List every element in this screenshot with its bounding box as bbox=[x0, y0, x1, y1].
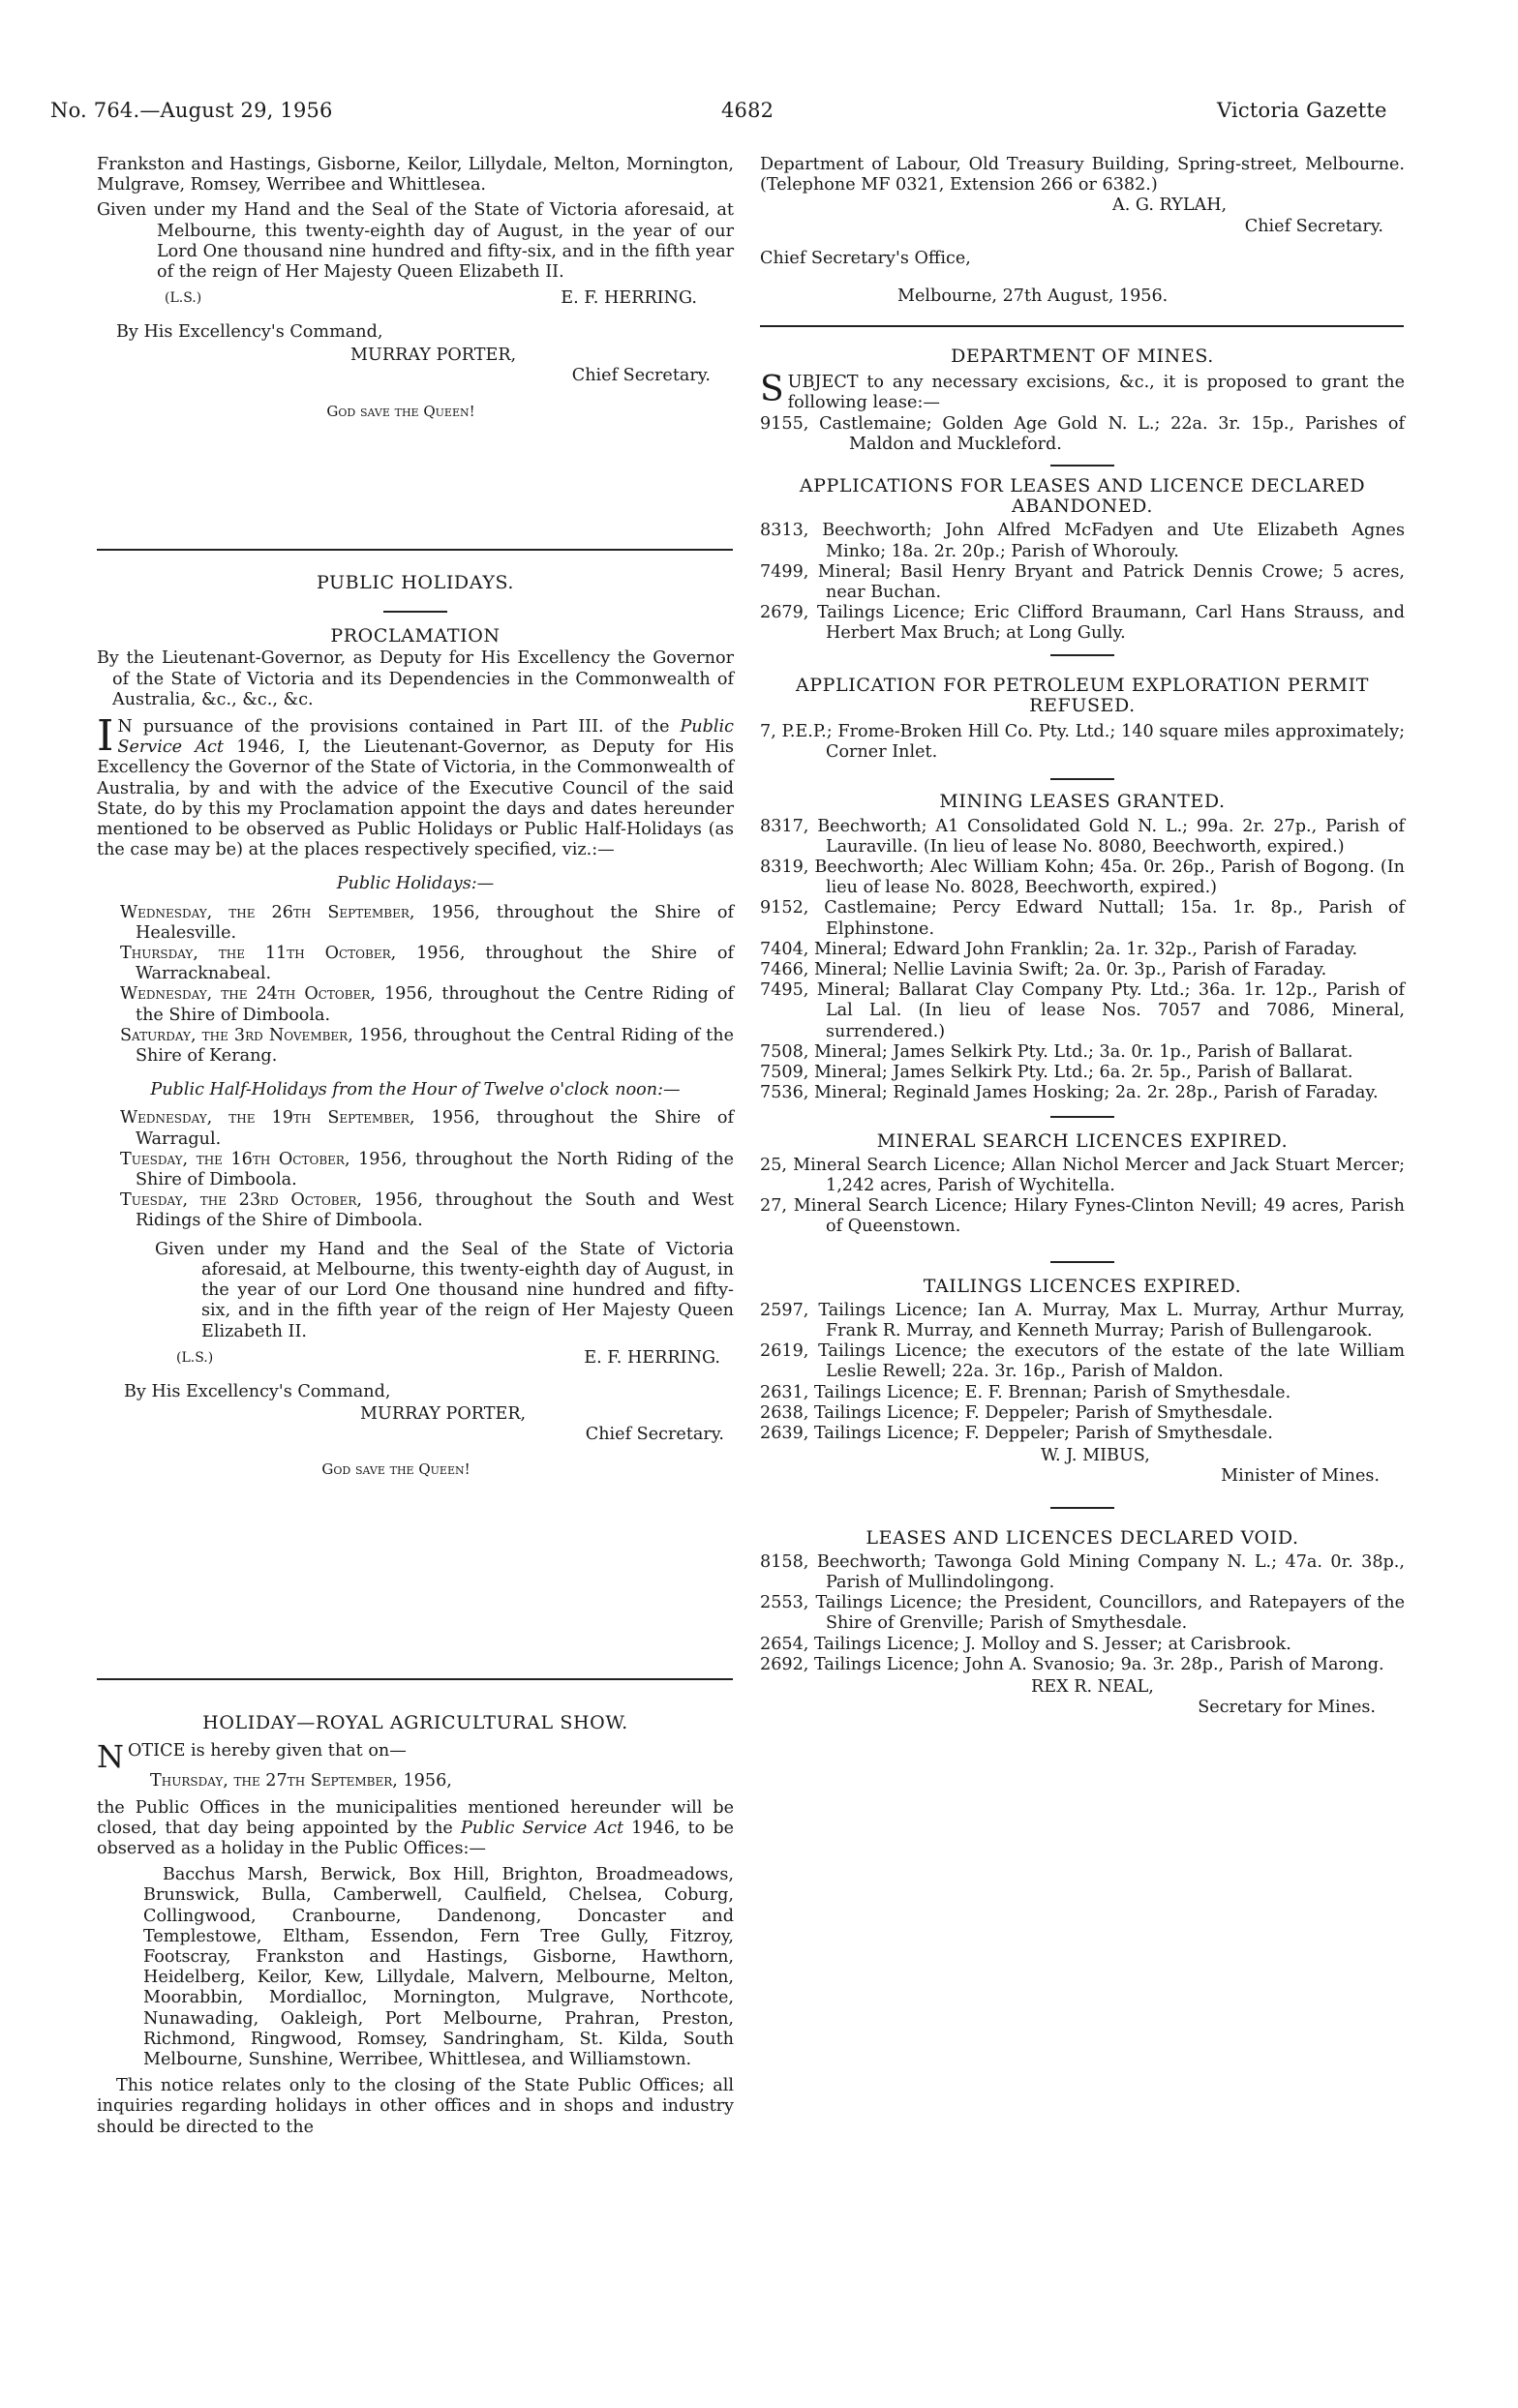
lease-entry: 7466, Mineral; Nellie Lavinia Swift; 2a.… bbox=[760, 960, 1405, 980]
short-divider bbox=[1050, 1507, 1114, 1509]
short-divider bbox=[383, 611, 447, 613]
secretary-title: Chief Secretary. bbox=[97, 1425, 734, 1445]
body-text: UBJECT to any necessary excisions, &c., … bbox=[788, 373, 1405, 412]
holiday-date: Thursday, the 11th October, bbox=[120, 944, 396, 963]
minister-name: W. J. MIBUS, bbox=[1041, 1446, 1405, 1466]
lease-entry: 2679, Tailings Licence; Eric Clifford Br… bbox=[760, 603, 1405, 644]
section-title: HOLIDAY—ROYAL AGRICULTURAL SHOW. bbox=[97, 1713, 734, 1733]
holiday-date: Wednesday, the 24th October, bbox=[120, 984, 376, 1004]
short-divider bbox=[1050, 1116, 1114, 1118]
offices-text: the Public Offices in the municipalities… bbox=[97, 1798, 734, 1860]
tailings-list: 2597, Tailings Licence; Ian A. Murray, M… bbox=[760, 1301, 1405, 1444]
lease-entry: 9152, Castlemaine; Percy Edward Nuttall;… bbox=[760, 898, 1405, 939]
lease-entry: 2631, Tailings Licence; E. F. Brennan; P… bbox=[760, 1383, 1405, 1403]
holiday-date: Wednesday, the 26th September, bbox=[120, 903, 415, 922]
body-text: OTICE is hereby given that on— bbox=[128, 1741, 407, 1761]
secretary-name: MURRAY PORTER, bbox=[360, 1404, 734, 1425]
given-under-hand: Given under my Hand and the Seal of the … bbox=[97, 1240, 734, 1342]
lieutenant-governor-line: By the Lieutenant-Governor, as Deputy fo… bbox=[97, 648, 734, 710]
section-title: MINING LEASES GRANTED. bbox=[760, 792, 1405, 812]
lease-entry: 8319, Beechworth; Alec William Kohn; 45a… bbox=[760, 858, 1405, 898]
notice-relates: This notice relates only to the closing … bbox=[97, 2076, 734, 2138]
signature-line: (L.S.) E. F. HERRING. bbox=[97, 288, 734, 309]
public-holidays-heading: Public Holidays:— bbox=[97, 874, 734, 894]
lease-entry: 7499, Mineral; Basil Henry Bryant and Pa… bbox=[760, 562, 1405, 603]
holiday-entry: Tuesday, the 16th October, 1956, through… bbox=[120, 1150, 734, 1190]
given-under-hand: Given under my Hand and the Seal of the … bbox=[97, 200, 734, 283]
lease-entry: 27, Mineral Search Licence; Hilary Fynes… bbox=[760, 1196, 1405, 1237]
lease-entry: 7404, Mineral; Edward John Franklin; 2a.… bbox=[760, 940, 1405, 960]
short-divider bbox=[1050, 654, 1114, 656]
proclamation-body: IN pursuance of the provisions contained… bbox=[97, 717, 734, 860]
page-number: 4682 bbox=[721, 99, 774, 122]
body-text: N pursuance of the provisions contained … bbox=[117, 717, 680, 737]
proclamation-heading: PROCLAMATION bbox=[97, 626, 734, 647]
secretary-title: Secretary for Mines. bbox=[760, 1698, 1405, 1718]
left-column: Frankston and Hastings, Gisborne, Keilor… bbox=[97, 155, 734, 422]
section-title: PUBLIC HOLIDAYS. bbox=[97, 573, 734, 593]
god-save-the-queen: God save the Queen! bbox=[97, 402, 734, 422]
section-title: APPLICATIONS FOR LEASES AND LICENCE DECL… bbox=[760, 476, 1405, 517]
short-divider bbox=[1050, 778, 1114, 780]
right-column: Department of Labour, Old Treasury Build… bbox=[760, 155, 1405, 307]
lease-entry: 7, P.E.P.; Frome-Broken Hill Co. Pty. Lt… bbox=[760, 722, 1405, 763]
seal-mark: (L.S.) bbox=[176, 1348, 213, 1369]
issue-number: No. 764.—August 29, 1956 bbox=[50, 99, 333, 122]
public-holidays-list: Wednesday, the 26th September, 1956, thr… bbox=[97, 903, 734, 1068]
lease-entry: 7536, Mineral; Reginald James Hosking; 2… bbox=[760, 1083, 1405, 1103]
lease-entry: 2692, Tailings Licence; John A. Svanosio… bbox=[760, 1655, 1405, 1675]
secretary-title: Chief Secretary. bbox=[97, 366, 734, 386]
subject-text: SUBJECT to any necessary excisions, &c.,… bbox=[760, 373, 1405, 413]
mines-section: DEPARTMENT OF MINES. SUBJECT to any nece… bbox=[760, 346, 1405, 1718]
lease-entry: 8313, Beechworth; John Alfred McFadyen a… bbox=[760, 521, 1405, 561]
secretary-name: MURRAY PORTER, bbox=[350, 346, 734, 366]
drop-cap: I bbox=[97, 720, 113, 753]
command-line: By His Excellency's Command, bbox=[116, 322, 734, 343]
holiday-entry: Thursday, the 11th October, 1956, throug… bbox=[120, 944, 734, 984]
section-divider bbox=[97, 549, 733, 551]
void-list: 8158, Beechworth; Tawonga Gold Mining Co… bbox=[760, 1552, 1405, 1675]
lease-entry: 2553, Tailings Licence; the President, C… bbox=[760, 1593, 1405, 1634]
secretary-name: REX R. NEAL, bbox=[1031, 1677, 1405, 1698]
lease-entry: 8158, Beechworth; Tawonga Gold Mining Co… bbox=[760, 1552, 1405, 1593]
holiday-date: Saturday, the 3rd November, bbox=[120, 1026, 353, 1045]
lease-entry: 2638, Tailings Licence; F. Deppeler; Par… bbox=[760, 1403, 1405, 1424]
office-date: Melbourne, 27th August, 1956. bbox=[897, 286, 1405, 307]
continued-text: Department of Labour, Old Treasury Build… bbox=[760, 155, 1405, 196]
god-save-the-queen: God save the Queen! bbox=[97, 1460, 734, 1480]
section-title: TAILINGS LICENCES EXPIRED. bbox=[760, 1277, 1405, 1297]
act-name: Public Service Act bbox=[461, 1819, 623, 1838]
office-name: Chief Secretary's Office, bbox=[760, 249, 1405, 269]
signer-name: E. F. HERRING. bbox=[561, 288, 697, 309]
lease-entry: 7495, Mineral; Ballarat Clay Company Pty… bbox=[760, 980, 1405, 1042]
signer-title: Chief Secretary. bbox=[760, 217, 1405, 237]
section-title: APPLICATION FOR PETROLEUM EXPLORATION PE… bbox=[760, 676, 1405, 716]
signature-line: (L.S.) E. F. HERRING. bbox=[97, 1348, 734, 1369]
section-title: MINERAL SEARCH LICENCES EXPIRED. bbox=[760, 1131, 1405, 1152]
abandoned-list: 8313, Beechworth; John Alfred McFadyen a… bbox=[760, 521, 1405, 644]
short-divider bbox=[1050, 465, 1114, 467]
section-title: DEPARTMENT OF MINES. bbox=[760, 346, 1405, 367]
holiday-entry: Wednesday, the 19th September, 1956, thr… bbox=[120, 1108, 734, 1149]
minister-title: Minister of Mines. bbox=[760, 1466, 1405, 1487]
section-title: LEASES AND LICENCES DECLARED VOID. bbox=[760, 1528, 1405, 1549]
signer-name: E. F. HERRING. bbox=[584, 1348, 720, 1369]
granted-list: 8317, Beechworth; A1 Consolidated Gold N… bbox=[760, 817, 1405, 1104]
seal-mark: (L.S.) bbox=[165, 288, 201, 309]
search-list: 25, Mineral Search Licence; Allan Nichol… bbox=[760, 1156, 1405, 1238]
lease-entry: 2619, Tailings Licence; the executors of… bbox=[760, 1341, 1405, 1382]
notice-line: NOTICE is hereby given that on— bbox=[97, 1741, 734, 1761]
holiday-entry: Wednesday, the 24th October, 1956, throu… bbox=[120, 984, 734, 1025]
public-holidays-section: PUBLIC HOLIDAYS. PROCLAMATION By the Lie… bbox=[97, 573, 734, 1480]
short-divider bbox=[1050, 1261, 1114, 1263]
lease-entry: 2639, Tailings Licence; F. Deppeler; Par… bbox=[760, 1424, 1405, 1444]
holiday-date: Tuesday, the 16th October, bbox=[120, 1150, 350, 1169]
holiday-entry: Tuesday, the 23rd October, 1956, through… bbox=[120, 1190, 734, 1231]
lease-entry: 7509, Mineral; James Selkirk Pty. Ltd.; … bbox=[760, 1063, 1405, 1083]
lease-entry: 2654, Tailings Licence; J. Molloy and S.… bbox=[760, 1635, 1405, 1655]
lease-entry: 7508, Mineral; James Selkirk Pty. Ltd.; … bbox=[760, 1042, 1405, 1063]
drop-cap: N bbox=[97, 1743, 124, 1770]
holiday-entry: Wednesday, the 26th September, 1956, thr… bbox=[120, 903, 734, 944]
petroleum-list: 7, P.E.P.; Frome-Broken Hill Co. Pty. Lt… bbox=[760, 722, 1405, 763]
lease-entry: 8317, Beechworth; A1 Consolidated Gold N… bbox=[760, 817, 1405, 858]
section-divider bbox=[760, 325, 1404, 327]
signer-name: A. G. RYLAH, bbox=[1112, 196, 1405, 216]
lease-entry: 25, Mineral Search Licence; Allan Nichol… bbox=[760, 1156, 1405, 1196]
drop-cap: S bbox=[760, 376, 784, 405]
holiday-entry: Saturday, the 3rd November, 1956, throug… bbox=[120, 1026, 734, 1067]
holiday-date: Wednesday, the 19th September, bbox=[120, 1108, 415, 1128]
command-line: By His Excellency's Command, bbox=[124, 1382, 734, 1402]
half-holidays-list: Wednesday, the 19th September, 1956, thr… bbox=[97, 1108, 734, 1231]
section-divider bbox=[97, 1678, 733, 1680]
publication-name: Victoria Gazette bbox=[1217, 99, 1387, 122]
show-date: Thursday, the 27th September, 1956, bbox=[150, 1771, 734, 1791]
half-holidays-heading: Public Half-Holidays from the Hour of Tw… bbox=[97, 1080, 734, 1100]
lease-entry: 2597, Tailings Licence; Ian A. Murray, M… bbox=[760, 1301, 1405, 1341]
royal-show-section: HOLIDAY—ROYAL AGRICULTURAL SHOW. NOTICE … bbox=[97, 1713, 734, 2138]
holiday-date: Tuesday, the 23rd October, bbox=[120, 1190, 362, 1210]
continued-text: Frankston and Hastings, Gisborne, Keilor… bbox=[97, 155, 734, 196]
municipalities-list: Bacchus Marsh, Berwick, Box Hill, Bright… bbox=[97, 1865, 734, 2070]
proposed-lease: 9155, Castlemaine; Golden Age Gold N. L.… bbox=[760, 414, 1405, 455]
